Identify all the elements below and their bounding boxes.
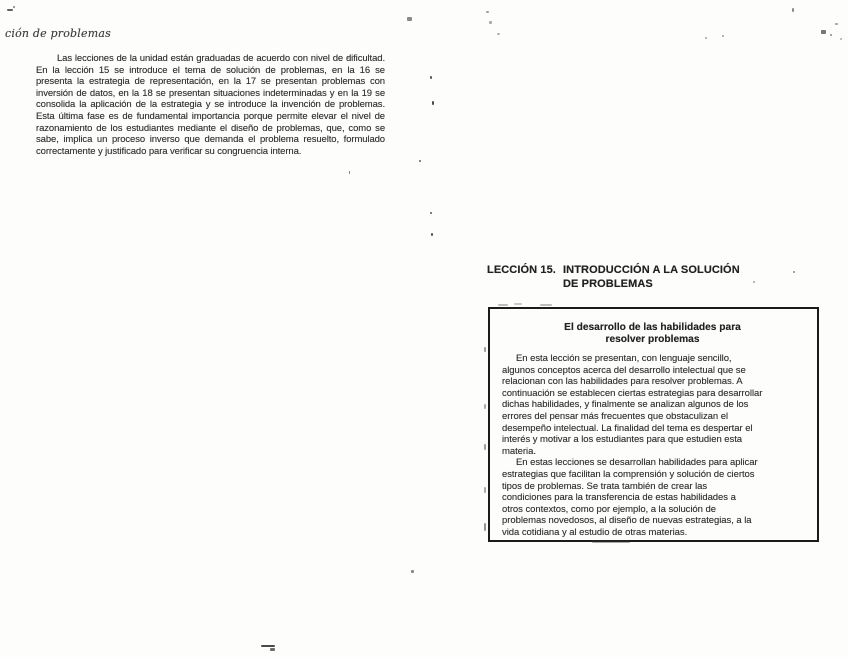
scan-speckle [540, 304, 552, 306]
unit-intro-paragraph: Las lecciones de la unidad están graduad… [36, 53, 385, 157]
box-paragraph-1: En esta lección se presentan, con lengua… [502, 353, 803, 457]
scan-speckle [484, 347, 486, 352]
running-header: ción de problemas [5, 27, 111, 40]
scan-speckle [821, 30, 826, 34]
scan-speckle [484, 404, 486, 409]
scan-speckle [514, 303, 522, 305]
lesson-heading: LECCIÓN 15. INTRODUCCIÓN A LA SOLUCIÓN D… [487, 264, 822, 291]
scan-speckle [430, 76, 432, 79]
scan-speckle [489, 21, 492, 24]
scan-speckle [484, 444, 486, 450]
scan-speckle [261, 645, 275, 647]
lesson-title: INTRODUCCIÓN A LA SOLUCIÓN DE PROBLEMAS [563, 264, 740, 291]
scan-speckle [13, 6, 15, 8]
scan-speckle [270, 648, 275, 651]
lesson-text-box: El desarrollo de las habilidades para re… [488, 307, 819, 542]
scan-speckle [411, 570, 414, 573]
scan-speckle [486, 11, 489, 13]
scan-speckle [430, 212, 432, 214]
scan-speckle [497, 33, 500, 35]
scan-speckle [705, 37, 707, 39]
scan-speckle [498, 304, 508, 306]
scan-speckle [349, 171, 350, 174]
box-paragraph-2: En estas lecciones se desarrollan habili… [502, 457, 803, 538]
scan-speckle [7, 9, 13, 11]
scan-speckle [835, 23, 838, 25]
scan-speckle [419, 160, 421, 162]
scan-speckle [840, 38, 842, 40]
scan-speckle [792, 8, 794, 12]
lesson-number-label: LECCIÓN 15. [487, 264, 563, 291]
scan-speckle [431, 233, 433, 236]
scan-speckle [722, 35, 724, 37]
scanned-document-page: ción de problemas Las lecciones de la un… [0, 0, 848, 657]
scan-speckle [407, 17, 412, 21]
scan-speckle [830, 34, 832, 36]
box-title: El desarrollo de las habilidades para re… [502, 322, 803, 345]
scan-speckle [484, 487, 486, 493]
scan-speckle [432, 101, 434, 105]
scan-speckle [484, 523, 486, 531]
